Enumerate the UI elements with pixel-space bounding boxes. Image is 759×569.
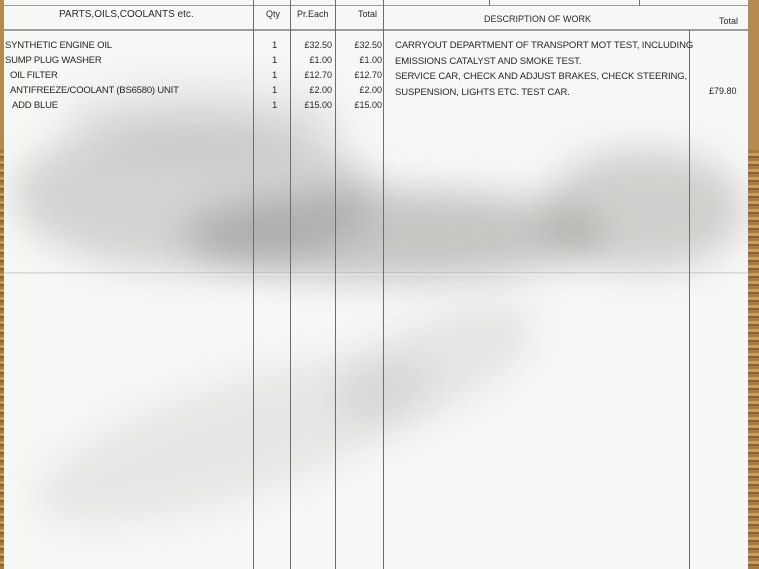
- part-name: OIL FILTER: [10, 70, 58, 81]
- column-divider: [290, 0, 291, 569]
- column-divider: [253, 0, 254, 569]
- part-name: ANTIFREEZE/COOLANT (BS6580) UNIT: [10, 85, 179, 96]
- part-price-each: £12.70: [294, 70, 332, 80]
- part-qty: 1: [272, 100, 277, 111]
- part-qty: 1: [272, 70, 277, 81]
- part-qty: 1: [272, 85, 277, 96]
- part-total: £1.00: [338, 55, 382, 65]
- header-rule: [4, 29, 748, 31]
- crease-shadow: [315, 278, 552, 453]
- part-qty: 1: [272, 40, 277, 51]
- work-description-line: EMISSIONS CATALYST AND SMOKE TEST.: [395, 56, 693, 72]
- crease-shadow: [14, 120, 374, 270]
- crease-shadow: [184, 190, 604, 280]
- invoice-paper: PARTS,OILS,COOLANTS etc. Qty Pr.Each Tot…: [4, 0, 748, 569]
- part-price-each: £2.00: [294, 85, 332, 95]
- crease-shadow: [544, 150, 744, 270]
- work-description-line: SERVICE CAR, CHECK AND ADJUST BRAKES, CH…: [395, 71, 693, 87]
- paper-fold-line: [4, 272, 748, 275]
- column-divider: [689, 30, 690, 569]
- part-name: ADD BLUE: [12, 100, 58, 111]
- part-total: £12.70: [338, 70, 382, 80]
- part-total: £15.00: [338, 100, 382, 110]
- work-description-line: CARRYOUT DEPARTMENT OF TRANSPORT MOT TES…: [395, 40, 693, 56]
- column-divider: [489, 0, 490, 6]
- header-qty: Qty: [266, 9, 280, 19]
- part-qty: 1: [272, 55, 277, 66]
- column-divider: [639, 0, 640, 6]
- work-description: CARRYOUT DEPARTMENT OF TRANSPORT MOT TES…: [395, 40, 693, 102]
- part-price-each: £15.00: [294, 100, 332, 110]
- column-divider: [335, 0, 336, 569]
- header-price-each: Pr.Each: [297, 9, 329, 19]
- part-total: £2.00: [338, 85, 382, 95]
- table-top-rule: [4, 5, 748, 6]
- part-name: SUMP PLUG WASHER: [5, 55, 102, 66]
- part-price-each: £1.00: [294, 55, 332, 65]
- crease-shadow: [16, 318, 453, 562]
- part-total: £32.50: [338, 40, 382, 50]
- header-parts-total: Total: [358, 9, 377, 19]
- header-work-total: Total: [719, 16, 738, 26]
- work-total-amount: £79.80: [709, 86, 737, 96]
- column-divider: [383, 0, 384, 569]
- part-price-each: £32.50: [294, 40, 332, 50]
- header-parts: PARTS,OILS,COOLANTS etc.: [59, 9, 194, 20]
- work-description-line: SUSPENSION, LIGHTS ETC. TEST CAR.: [395, 87, 693, 103]
- header-description-of-work: DESCRIPTION OF WORK: [484, 14, 591, 24]
- part-name: SYNTHETIC ENGINE OIL: [5, 40, 112, 51]
